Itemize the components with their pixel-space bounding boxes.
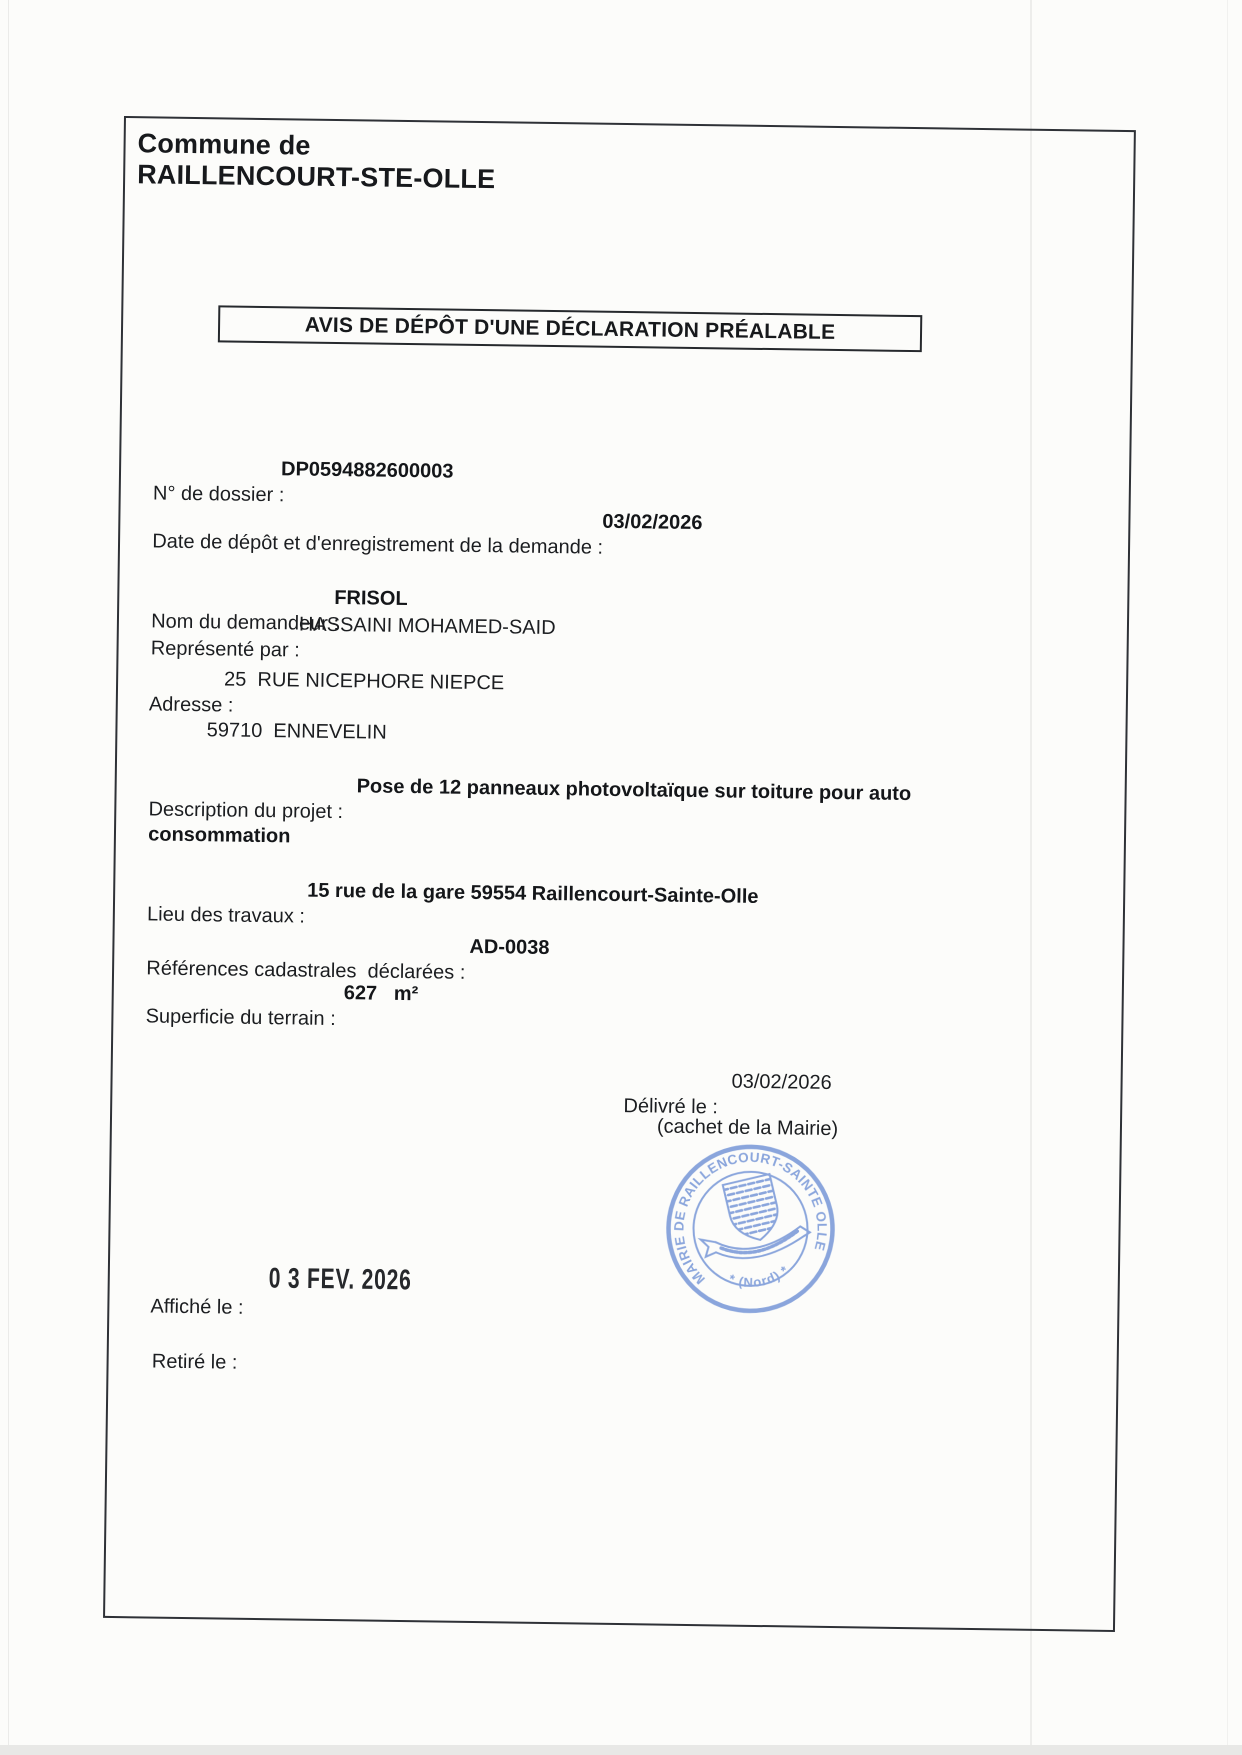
stamp-ring-text: MAIRIE DE RAILLENCOURT-SAINTE OLLE — [655, 1134, 837, 1291]
retire-label: Retiré le : — [152, 1351, 238, 1374]
field-lieu: Lieu des travaux : 15 rue de la gare 595… — [125, 875, 1119, 916]
field-cadastre: Références cadastrales déclarées : AD-00… — [124, 929, 1118, 970]
affiche-date-stamp: 0 3 FEV. 2026 — [269, 1264, 412, 1294]
date-depot-label: Date de dépôt et d'enregistrement de la … — [152, 530, 603, 558]
document-sheet: Commune deRAILLENCOURT-STE-OLLE AVIS DE … — [103, 116, 1136, 1632]
field-delivre: Délivré le : 03/02/2026 — [601, 1067, 1116, 1101]
affiche-label: Affiché le : — [150, 1295, 243, 1318]
date-depot-value: 03/02/2026 — [602, 509, 702, 536]
commune-line2: RAILLENCOURT-STE-OLLE — [137, 159, 496, 194]
title-box: AVIS DE DÉPÔT D'UNE DÉCLARATION PRÉALABL… — [218, 305, 922, 352]
page-title: AVIS DE DÉPÔT D'UNE DÉCLARATION PRÉALABL… — [220, 307, 920, 350]
commune-line1: Commune de — [137, 128, 310, 160]
motto-ribbon — [701, 1215, 813, 1269]
svg-text:MAIRIE DE RAILLENCOURT-SAINTE: MAIRIE DE RAILLENCOURT-SAINTE OLLE — [655, 1134, 837, 1291]
represente-label: Représenté par : — [151, 637, 300, 661]
lieu-label: Lieu des travaux : — [147, 903, 305, 927]
field-affiche: Affiché le : 0 3 FEV. 2026 — [130, 1267, 1114, 1308]
commune-header: Commune deRAILLENCOURT-STE-OLLE — [137, 128, 496, 195]
delivre-value: 03/02/2026 — [731, 1069, 831, 1096]
scan-seam-right — [1227, 0, 1228, 1755]
scan-edge-bottom — [0, 1745, 1242, 1755]
dossier-value: DP0594882600003 — [281, 456, 454, 484]
field-superficie: Superficie du terrain : 627 m² — [124, 977, 1118, 1018]
field-date-depot: Date de dépôt et d'enregistrement de la … — [130, 502, 1124, 543]
demandeur-value: FRISOL — [334, 585, 408, 612]
field-retire: Retiré le : — [130, 1322, 1113, 1363]
lieu-value: 15 rue de la gare 59554 Raillencourt-Sai… — [307, 878, 759, 910]
scan-seam-left — [8, 0, 9, 1755]
cadastre-value: AD-0038 — [469, 934, 549, 961]
adresse-line2: 59710 ENNEVELIN — [207, 719, 387, 744]
shield-hatching — [722, 1178, 784, 1237]
superficie-value: 627 m² — [344, 980, 419, 1007]
represente-value: HASSAINI MOHAMED-SAID — [299, 611, 556, 641]
field-dossier: N° de dossier : DP0594882600003 — [131, 454, 1125, 495]
description-line2: consommation — [148, 823, 291, 847]
superficie-label: Superficie du terrain : — [146, 1005, 336, 1030]
